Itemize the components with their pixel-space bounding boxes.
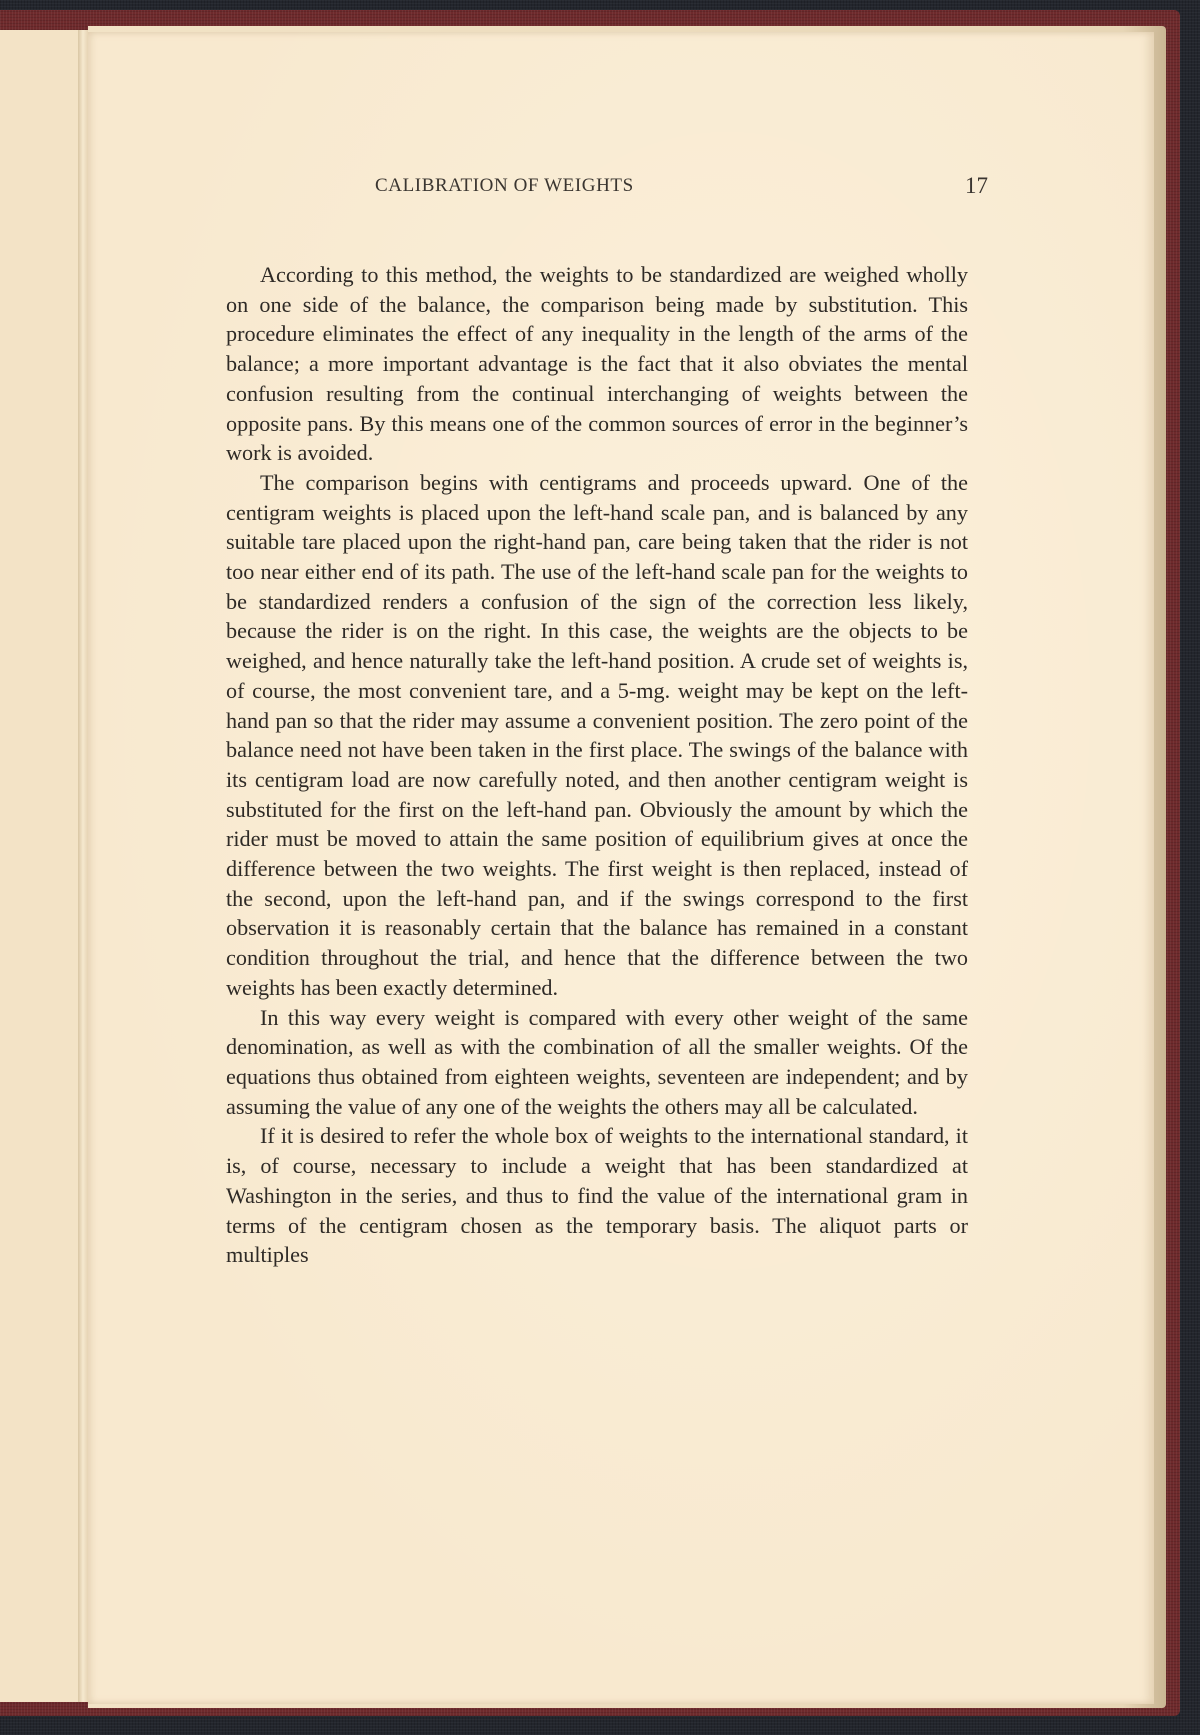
left-page-edge (0, 30, 81, 1702)
book-gutter (78, 30, 88, 1702)
paragraph: If it is desired to refer the whole box … (226, 1121, 968, 1270)
body-text: According to this method, the weights to… (226, 260, 968, 1270)
page-number: 17 (965, 173, 988, 199)
running-title: Calibration of Weights (375, 175, 634, 197)
paragraph: The comparison begins with centigrams an… (226, 468, 968, 1003)
running-head: Calibration of Weights 17 (120, 175, 980, 205)
paragraph: In this way every weight is compared wit… (226, 1003, 968, 1122)
paragraph: According to this method, the weights to… (226, 260, 968, 468)
